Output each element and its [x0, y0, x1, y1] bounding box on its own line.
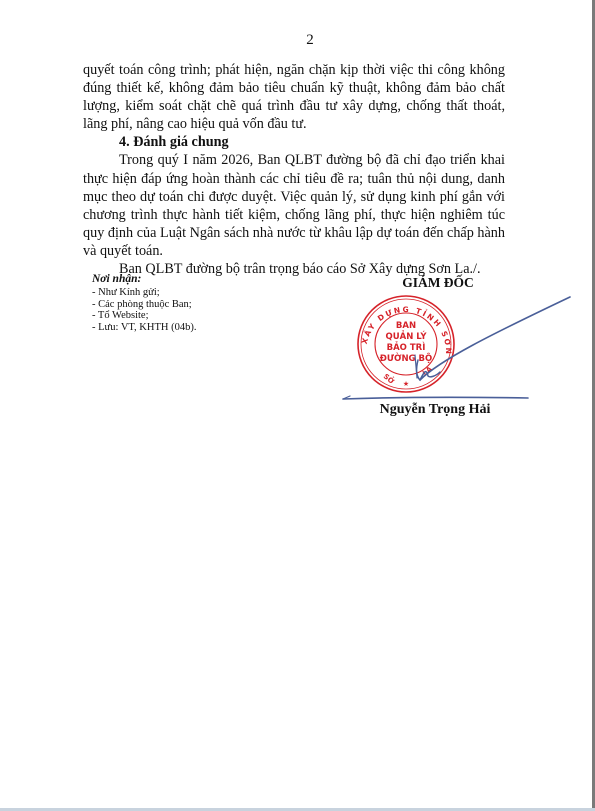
paragraph-continued: quyết toán công trình; phát hiện, ngăn c…	[83, 61, 505, 133]
svg-text:QUẢN LÝ: QUẢN LÝ	[385, 330, 427, 342]
svg-text:ĐƯỜNG BỘ: ĐƯỜNG BỘ	[380, 352, 432, 364]
section-heading: 4. Đánh giá chung	[83, 133, 505, 151]
page-number: 2	[0, 32, 595, 49]
document-body: quyết toán công trình; phát hiện, ngăn c…	[83, 61, 505, 278]
svg-text:★: ★	[403, 380, 409, 388]
svg-text:BAN: BAN	[396, 321, 416, 331]
recipient-item: - Lưu: VT, KHTH (04b).	[92, 322, 196, 334]
paragraph-assessment: Trong quý I năm 2026, Ban QLBT đường bộ …	[83, 151, 505, 260]
recipients-block: Nơi nhận: - Như Kính gửi; - Các phòng th…	[92, 274, 196, 334]
stamp-and-signature: XÂY DỰNG TỈNH SƠN SỞ LA BAN QUẢN LÝ BẢO …	[330, 285, 595, 410]
svg-text:BẢO TRÌ: BẢO TRÌ	[387, 341, 426, 353]
signer-name: Nguyễn Trọng Hải	[345, 402, 525, 418]
recipients-title: Nơi nhận:	[92, 274, 196, 286]
recipient-item: - Như Kính gửi;	[92, 287, 196, 299]
recipient-item: - Các phòng thuộc Ban;	[92, 299, 196, 311]
handwritten-signature-icon	[343, 297, 570, 399]
recipient-item: - Tổ Website;	[92, 310, 196, 322]
